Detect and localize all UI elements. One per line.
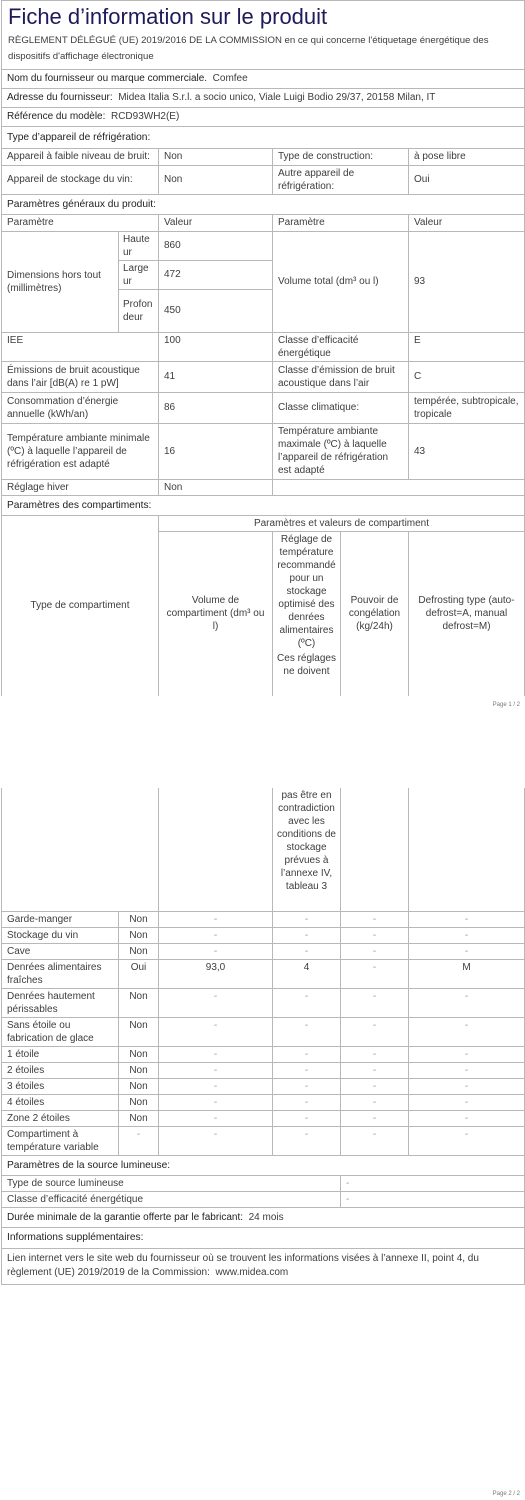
address-row: Adresse du fournisseur: Midea Italia S.r… — [2, 88, 525, 107]
light-source-label: Classe d’efficacité énergétique — [2, 1191, 341, 1207]
compartment-freeze: - — [341, 927, 409, 943]
compartment-defrost: - — [409, 1094, 525, 1110]
compartment-row: 2 étoilesNon---- — [2, 1062, 525, 1078]
compartment-temp: - — [273, 1078, 341, 1094]
compartment-present: Non — [119, 1062, 159, 1078]
page-title: Fiche d’information sur le produit — [2, 1, 525, 34]
dimension-value-width: 472 — [159, 260, 273, 289]
col-header-volume-cont — [159, 788, 273, 911]
compartment-temp: - — [273, 1062, 341, 1078]
address-value: Midea Italia S.r.l. a socio unico, Viale… — [118, 92, 435, 103]
compartment-type: Denrées alimentaires fraîches — [2, 959, 119, 988]
page-2: pas être en contradiction avec les condi… — [0, 788, 525, 1500]
compartment-temp: - — [273, 1094, 341, 1110]
light-source-value: - — [341, 1175, 525, 1191]
page-1: Fiche d’information sur le produit RÈGLE… — [0, 0, 525, 712]
general-header-row: Paramètre Valeur Paramètre Valeur — [2, 214, 525, 231]
compartment-volume: - — [159, 988, 273, 1017]
regulation-text: RÈGLEMENT DÉLÉGUÉ (UE) 2019/2016 DE LA C… — [2, 33, 525, 69]
param-value: 100 — [159, 332, 273, 361]
dimensions-label: Dimensions hors tout (millimètres) — [2, 231, 119, 332]
compartment-present: Non — [119, 1078, 159, 1094]
param-label: Classe d’émission de bruit acoustique da… — [273, 361, 409, 392]
dimension-label-height: Hauteur — [119, 231, 159, 260]
compartment-volume: - — [159, 1126, 273, 1155]
param-value: E — [409, 332, 525, 361]
model-value: RCD93WH2(E) — [111, 111, 179, 122]
additional-info-row: Lien internet vers le site web du fourni… — [2, 1248, 525, 1284]
compartment-row: Denrées alimentaires fraîchesOui93,04-M — [2, 959, 525, 988]
compartment-type: 3 étoiles — [2, 1078, 119, 1094]
compartment-present: Non — [119, 988, 159, 1017]
param-label: Température ambiante minimale (ºC) à laq… — [2, 423, 159, 479]
compartment-volume: - — [159, 1046, 273, 1062]
compartment-volume: - — [159, 1017, 273, 1046]
light-source-row: Type de source lumineuse - — [2, 1175, 525, 1191]
param-label: Type de construction: — [273, 148, 409, 165]
general-params-heading: Paramètres généraux du produit: — [2, 194, 525, 214]
compartment-type: 1 étoile — [2, 1046, 119, 1062]
col-header-defrost: Defrosting type (auto-defrost=A, manual … — [409, 531, 525, 696]
compartment-defrost: - — [409, 1110, 525, 1126]
compartment-temp: - — [273, 1110, 341, 1126]
compartment-type: Zone 2 étoiles — [2, 1110, 119, 1126]
compartment-defrost: - — [409, 1078, 525, 1094]
compartment-present: Non — [119, 1017, 159, 1046]
dimension-label-depth: Profondeur — [119, 289, 159, 332]
compartment-freeze: - — [341, 943, 409, 959]
light-source-heading: Paramètres de la source lumineuse: — [2, 1155, 525, 1175]
param-value: 16 — [159, 423, 273, 479]
general-row: Température ambiante minimale (ºC) à laq… — [2, 423, 525, 479]
param-label: Appareil de stockage du vin: — [2, 165, 159, 194]
page-number-2: Page 2 / 2 — [493, 1491, 520, 1497]
dimension-label-width: Largeur — [119, 260, 159, 289]
compartment-volume: - — [159, 1094, 273, 1110]
model-label: Référence du modèle: — [7, 111, 105, 122]
compartment-freeze: - — [341, 959, 409, 988]
param-label: Autre appareil de réfrigération: — [273, 165, 409, 194]
product-info-table-page2: pas être en contradiction avec les condi… — [1, 788, 525, 1285]
appliance-type-row: Appareil de stockage du vin: Non Autre a… — [2, 165, 525, 194]
compartment-type-header-cont — [2, 788, 159, 911]
param-value: C — [409, 361, 525, 392]
compartment-temp: - — [273, 1046, 341, 1062]
compartment-freeze: - — [341, 1017, 409, 1046]
compartment-temp: - — [273, 1017, 341, 1046]
light-source-row: Classe d’efficacité énergétique - — [2, 1191, 525, 1207]
param-value: 43 — [409, 423, 525, 479]
compartment-freeze: - — [341, 1110, 409, 1126]
param-label: Consommation d’énergie annuelle (kWh/an) — [2, 392, 159, 423]
compartment-type: 4 étoiles — [2, 1094, 119, 1110]
light-source-label: Type de source lumineuse — [2, 1175, 341, 1191]
param-value: tempérée, subtropicale, tropicale — [409, 392, 525, 423]
param-label: Émissions de bruit acoustique dans l’air… — [2, 361, 159, 392]
general-row: Consommation d’énergie annuelle (kWh/an)… — [2, 392, 525, 423]
compartment-volume: - — [159, 927, 273, 943]
compartment-type: Garde-manger — [2, 911, 119, 927]
compartment-type: Compartiment à température variable — [2, 1126, 119, 1155]
compartment-row: Stockage du vinNon---- — [2, 927, 525, 943]
param-value: à pose libre — [409, 148, 525, 165]
compartment-defrost: - — [409, 1126, 525, 1155]
param-value: Oui — [409, 165, 525, 194]
compartment-type: Denrées hautement périssables — [2, 988, 119, 1017]
compartment-defrost: - — [409, 943, 525, 959]
additional-info-heading: Informations supplémentaires: — [2, 1227, 525, 1248]
compartment-row: 3 étoilesNon---- — [2, 1078, 525, 1094]
compartment-volume: - — [159, 1078, 273, 1094]
compartment-freeze: - — [341, 988, 409, 1017]
compartment-present: Non — [119, 1094, 159, 1110]
compartment-present: Non — [119, 1110, 159, 1126]
compartment-present: - — [119, 1126, 159, 1155]
address-label: Adresse du fournisseur: — [7, 92, 113, 103]
compartment-type: Stockage du vin — [2, 927, 119, 943]
col-header-param: Paramètre — [2, 214, 159, 231]
compartment-group-header: Paramètres et valeurs de compartiment — [159, 515, 525, 531]
compartment-type: Sans étoile ou fabrication de glace — [2, 1017, 119, 1046]
appliance-type-heading: Type d’appareil de réfrigération: — [2, 126, 525, 148]
light-source-value: - — [341, 1191, 525, 1207]
compartment-row: 4 étoilesNon---- — [2, 1094, 525, 1110]
compartment-temp: 4 — [273, 959, 341, 988]
compartment-present: Oui — [119, 959, 159, 988]
supplier-label: Nom du fournisseur ou marque commerciale… — [7, 73, 207, 84]
param-label: Température ambiante maximale (ºC) à laq… — [273, 423, 409, 479]
compartment-freeze: - — [341, 1094, 409, 1110]
compartment-present: Non — [119, 927, 159, 943]
compartment-freeze: - — [341, 911, 409, 927]
compartment-freeze: - — [341, 1078, 409, 1094]
col-header-freeze-cont — [341, 788, 409, 911]
compartment-type: Cave — [2, 943, 119, 959]
compartment-defrost: - — [409, 988, 525, 1017]
param-value: 86 — [159, 392, 273, 423]
compartment-volume: - — [159, 1110, 273, 1126]
compartment-rows: Garde-mangerNon----Stockage du vinNon---… — [2, 911, 525, 1155]
dimension-value-height: 860 — [159, 231, 273, 260]
param-value: Non — [159, 165, 273, 194]
supplier-row: Nom du fournisseur ou marque commerciale… — [2, 69, 525, 88]
compartment-row: Denrées hautement périssablesNon---- — [2, 988, 525, 1017]
param-label: Appareil à faible niveau de bruit: — [2, 148, 159, 165]
param-value: Non — [159, 148, 273, 165]
compartment-temp: - — [273, 911, 341, 927]
compartment-type-header: Type de compartiment — [2, 515, 159, 696]
compartment-defrost: M — [409, 959, 525, 988]
model-row: Référence du modèle: RCD93WH2(E) — [2, 107, 525, 126]
compartment-row: Zone 2 étoilesNon---- — [2, 1110, 525, 1126]
page-number-1: Page 1 / 2 — [493, 702, 520, 708]
compartment-volume: - — [159, 911, 273, 927]
general-row: Réglage hiver Non — [2, 479, 525, 495]
col-header-volume: Volume de compartiment (dm³ ou l) — [159, 531, 273, 696]
compartment-volume: - — [159, 1062, 273, 1078]
col-header-defrost-cont — [409, 788, 525, 911]
compartment-defrost: - — [409, 1046, 525, 1062]
product-info-table-page1: Fiche d’information sur le produit RÈGLE… — [1, 0, 525, 696]
compartment-present: Non — [119, 943, 159, 959]
param-label-empty — [273, 479, 525, 495]
compartment-defrost: - — [409, 1017, 525, 1046]
param-label: IEE — [2, 332, 159, 361]
volume-value: 93 — [409, 231, 525, 332]
col-header-temp-note-cont: pas être en contradiction avec les condi… — [273, 788, 341, 911]
supplier-website-link[interactable]: www.midea.com — [215, 1267, 288, 1278]
compartments-heading: Paramètres des compartiments: — [2, 495, 525, 515]
col-header-temp: Réglage de température recommandé pour u… — [273, 531, 341, 696]
compartment-row: Sans étoile ou fabrication de glaceNon--… — [2, 1017, 525, 1046]
compartment-freeze: - — [341, 1126, 409, 1155]
compartment-defrost: - — [409, 911, 525, 927]
col-header-value: Valeur — [409, 214, 525, 231]
col-header-temp-note: Ces réglages ne doivent — [276, 652, 337, 678]
compartment-row: 1 étoileNon---- — [2, 1046, 525, 1062]
warranty-row: Durée minimale de la garantie offerte pa… — [2, 1207, 525, 1227]
compartment-temp: - — [273, 988, 341, 1017]
param-label: Réglage hiver — [2, 479, 159, 495]
compartment-type: 2 étoiles — [2, 1062, 119, 1078]
warranty-label: Durée minimale de la garantie offerte pa… — [7, 1212, 243, 1223]
compartment-temp: - — [273, 1126, 341, 1155]
compartment-freeze: - — [341, 1062, 409, 1078]
compartment-present: Non — [119, 911, 159, 927]
compartment-volume: - — [159, 943, 273, 959]
col-header-value: Valeur — [159, 214, 273, 231]
appliance-type-row: Appareil à faible niveau de bruit: Non T… — [2, 148, 525, 165]
col-header-freeze: Pouvoir de congélation (kg/24h) — [341, 531, 409, 696]
compartment-temp: - — [273, 927, 341, 943]
col-header-param: Paramètre — [273, 214, 409, 231]
compartment-row: CaveNon---- — [2, 943, 525, 959]
param-value: Non — [159, 479, 273, 495]
compartment-freeze: - — [341, 1046, 409, 1062]
compartment-row: Compartiment à température variable----- — [2, 1126, 525, 1155]
compartment-defrost: - — [409, 1062, 525, 1078]
compartment-row: Garde-mangerNon---- — [2, 911, 525, 927]
dimension-value-depth: 450 — [159, 289, 273, 332]
param-label: Classe climatique: — [273, 392, 409, 423]
compartment-defrost: - — [409, 927, 525, 943]
param-value: 41 — [159, 361, 273, 392]
supplier-value: Comfee — [213, 73, 248, 84]
col-header-temp-text: Réglage de température recommandé pour u… — [276, 533, 337, 650]
volume-label: Volume total (dm³ ou l) — [273, 231, 409, 332]
compartment-temp: - — [273, 943, 341, 959]
general-row: Émissions de bruit acoustique dans l’air… — [2, 361, 525, 392]
compartment-volume: 93,0 — [159, 959, 273, 988]
general-row: IEE 100 Classe d’efficacité énergétique … — [2, 332, 525, 361]
compartment-present: Non — [119, 1046, 159, 1062]
param-label: Classe d’efficacité énergétique — [273, 332, 409, 361]
warranty-value: 24 mois — [249, 1212, 284, 1223]
